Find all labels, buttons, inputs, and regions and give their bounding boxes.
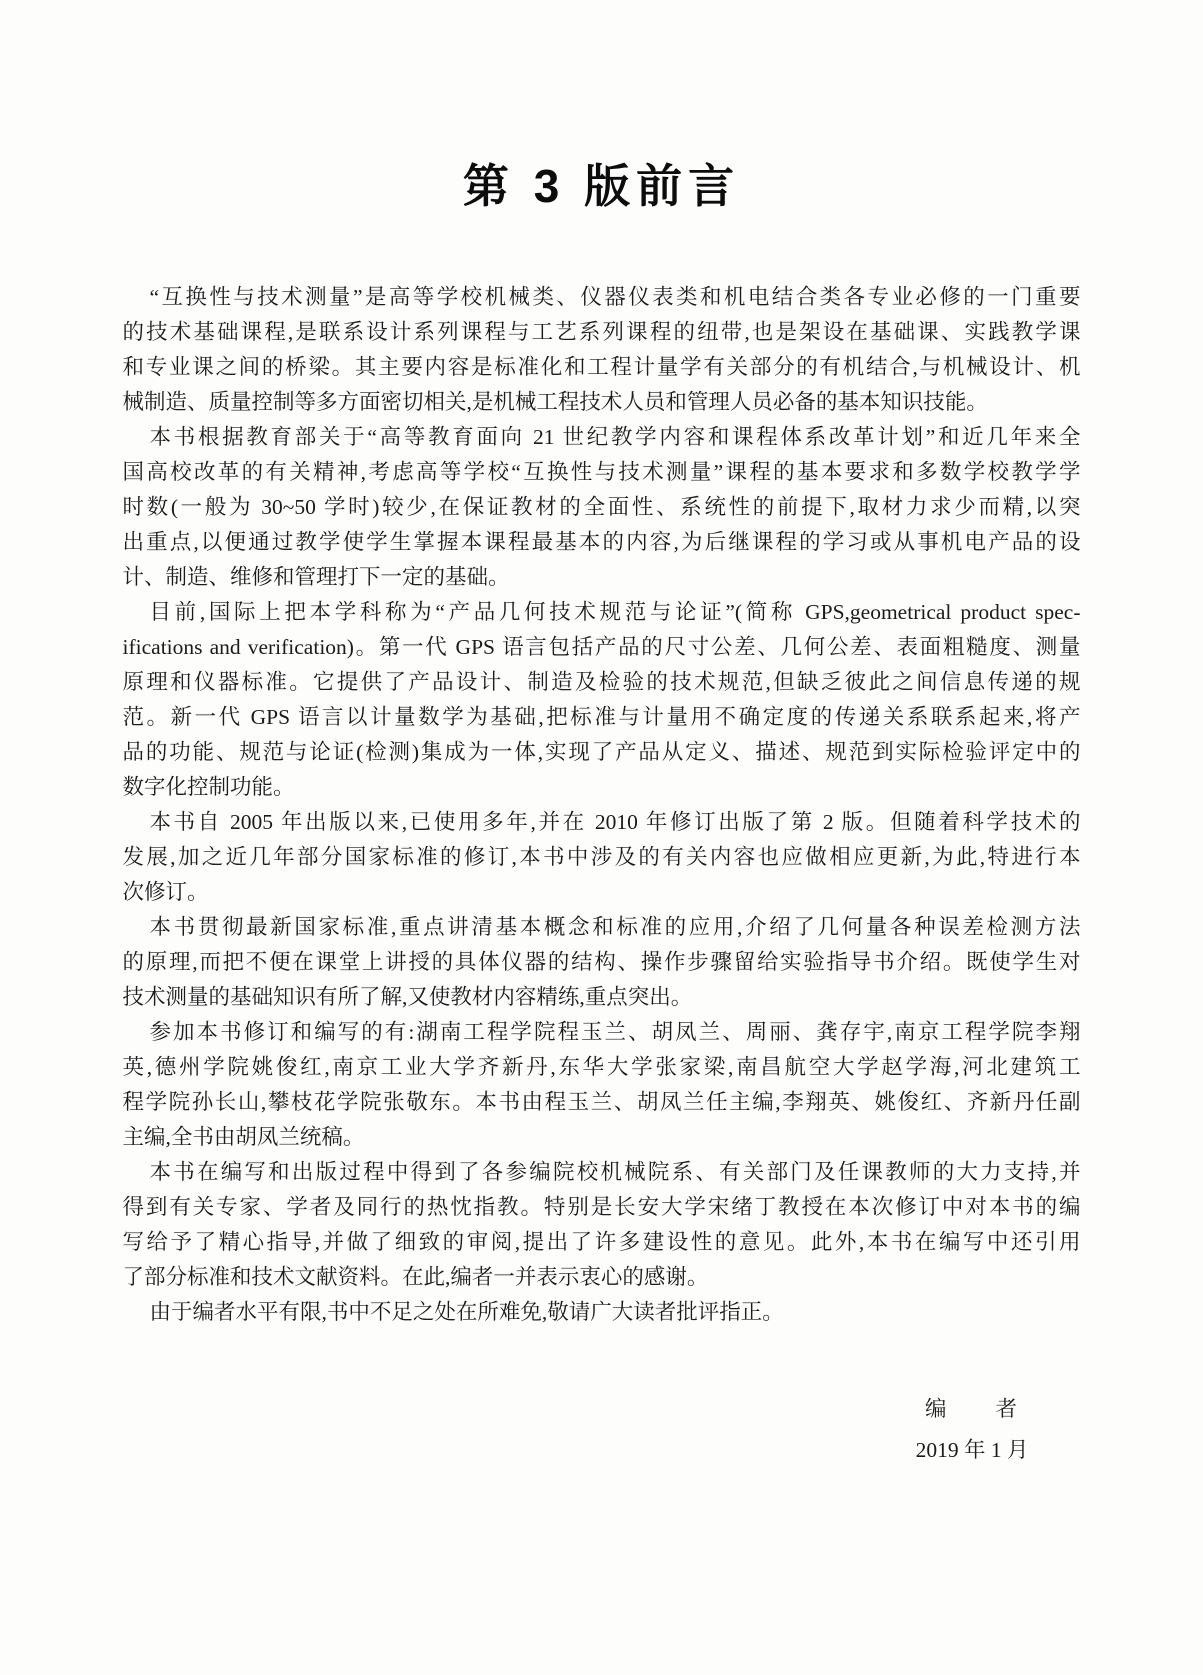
- text-line: 本书自 2005 年出版以来,已使用多年,并在 2010 年修订出版了第 2 版…: [123, 805, 1081, 840]
- text-line: 的原理,而把不便在课堂上讲授的具体仪器的结构、操作步骤留给实验指导书介绍。既使学…: [123, 945, 1081, 980]
- text-line: 由于编者水平有限,书中不足之处在所难免,敬请广大读者批评指正。: [123, 1295, 1081, 1330]
- text-line: 计、制造、维修和管理打下一定的基础。: [123, 560, 1081, 595]
- text-line: 时数(一般为 30~50 学时)较少,在保证教材的全面性、系统性的前提下,取材力…: [123, 490, 1081, 525]
- text-line: ifications and verification)。第一代 GPS 语言包…: [123, 630, 1081, 665]
- text-line: 数字化控制功能。: [123, 770, 1081, 805]
- text-line: 了部分标准和技术文献资料。在此,编者一并表示衷心的感谢。: [123, 1260, 1081, 1295]
- text-line: 原理和仪器标准。它提供了产品设计、制造及检验的技术规范,但缺乏彼此之间信息传递的…: [123, 665, 1081, 700]
- text-line: 英,德州学院姚俊红,南京工业大学齐新丹,东华大学张家梁,南昌航空大学赵学海,河北…: [123, 1050, 1081, 1085]
- signature-inner: 编 者 2019 年 1 月: [916, 1392, 1029, 1468]
- paragraph: “互换性与技术测量”是高等学校机械类、仪器仪表类和机电结合类各专业必修的一门重要…: [123, 280, 1081, 420]
- text-line: “互换性与技术测量”是高等学校机械类、仪器仪表类和机电结合类各专业必修的一门重要: [123, 280, 1081, 315]
- text-line: 的技术基础课程,是联系设计系列课程与工艺系列课程的纽带,也是架设在基础课、实践教…: [123, 315, 1081, 350]
- text-line: 次修订。: [123, 875, 1081, 910]
- paragraph: 本书自 2005 年出版以来,已使用多年,并在 2010 年修订出版了第 2 版…: [123, 805, 1081, 910]
- paragraph: 目前,国际上把本学科称为“产品几何技术规范与论证”(简称 GPS,geometr…: [123, 595, 1081, 805]
- document-body: “互换性与技术测量”是高等学校机械类、仪器仪表类和机电结合类各专业必修的一门重要…: [123, 280, 1081, 1330]
- text-line: 主编,全书由胡凤兰统稿。: [123, 1120, 1081, 1155]
- text-line: 发展,加之近几年部分国家标准的修订,本书中涉及的有关内容也应做相应更新,为此,特…: [123, 840, 1081, 875]
- text-line: 械制造、质量控制等多方面密切相关,是机械工程技术人员和管理人员必备的基本知识技能…: [123, 385, 1081, 420]
- signature-date: 2019 年 1 月: [916, 1433, 1029, 1468]
- text-line: 写给予了精心指导,并做了细致的审阅,提出了许多建设性的意见。此外,本书在编写中还…: [123, 1225, 1081, 1260]
- text-line: 国高校改革的有关精神,考虑高等学校“互换性与技术测量”课程的基本要求和多数学校教…: [123, 455, 1081, 490]
- text-line: 本书贯彻最新国家标准,重点讲清基本概念和标准的应用,介绍了几何量各种误差检测方法: [123, 910, 1081, 945]
- text-line: 技术测量的基础知识有所了解,又使教材内容精练,重点突出。: [123, 980, 1081, 1015]
- text-line: 参加本书修订和编写的有:湖南工程学院程玉兰、胡凤兰、周丽、龚存宇,南京工程学院李…: [123, 1015, 1081, 1050]
- paragraph: 本书根据教育部关于“高等教育面向 21 世纪教学内容和课程体系改革计划”和近几年…: [123, 420, 1081, 595]
- text-line: 得到有关专家、学者及同行的热忱指教。特别是长安大学宋绪丁教授在本次修订中对本书的…: [123, 1190, 1081, 1225]
- text-line: 目前,国际上把本学科称为“产品几何技术规范与论证”(简称 GPS,geometr…: [123, 595, 1081, 630]
- signature-author: 编 者: [916, 1392, 1029, 1427]
- paragraph: 本书贯彻最新国家标准,重点讲清基本概念和标准的应用,介绍了几何量各种误差检测方法…: [123, 910, 1081, 1015]
- paragraph: 本书在编写和出版过程中得到了各参编院校机械院系、有关部门及任课教师的大力支持,并…: [123, 1155, 1081, 1295]
- page-title: 第 3 版前言: [0, 0, 1203, 216]
- text-line: 范。新一代 GPS 语言以计量数学为基础,把标准与计量用不确定度的传递关系联系起…: [123, 700, 1081, 735]
- text-line: 本书在编写和出版过程中得到了各参编院校机械院系、有关部门及任课教师的大力支持,并: [123, 1155, 1081, 1190]
- text-line: 出重点,以便通过教学使学生掌握本课程最基本的内容,为后继课程的学习或从事机电产品…: [123, 525, 1081, 560]
- paragraph: 由于编者水平有限,书中不足之处在所难免,敬请广大读者批评指正。: [123, 1295, 1081, 1330]
- paragraph: 参加本书修订和编写的有:湖南工程学院程玉兰、胡凤兰、周丽、龚存宇,南京工程学院李…: [123, 1015, 1081, 1155]
- text-line: 程学院孙长山,攀枝花学院张敬东。本书由程玉兰、胡凤兰任主编,李翔英、姚俊红、齐新…: [123, 1085, 1081, 1120]
- text-line: 品的功能、规范与论证(检测)集成为一体,实现了产品从定义、描述、规范到实际检验评…: [123, 735, 1081, 770]
- text-line: 和专业课之间的桥梁。其主要内容是标准化和工程计量学有关部分的有机结合,与机械设计…: [123, 350, 1081, 385]
- signature-block: 编 者 2019 年 1 月: [123, 1392, 1081, 1468]
- text-line: 本书根据教育部关于“高等教育面向 21 世纪教学内容和课程体系改革计划”和近几年…: [123, 420, 1081, 455]
- book-preface-page: 第 3 版前言 “互换性与技术测量”是高等学校机械类、仪器仪表类和机电结合类各专…: [0, 0, 1203, 1675]
